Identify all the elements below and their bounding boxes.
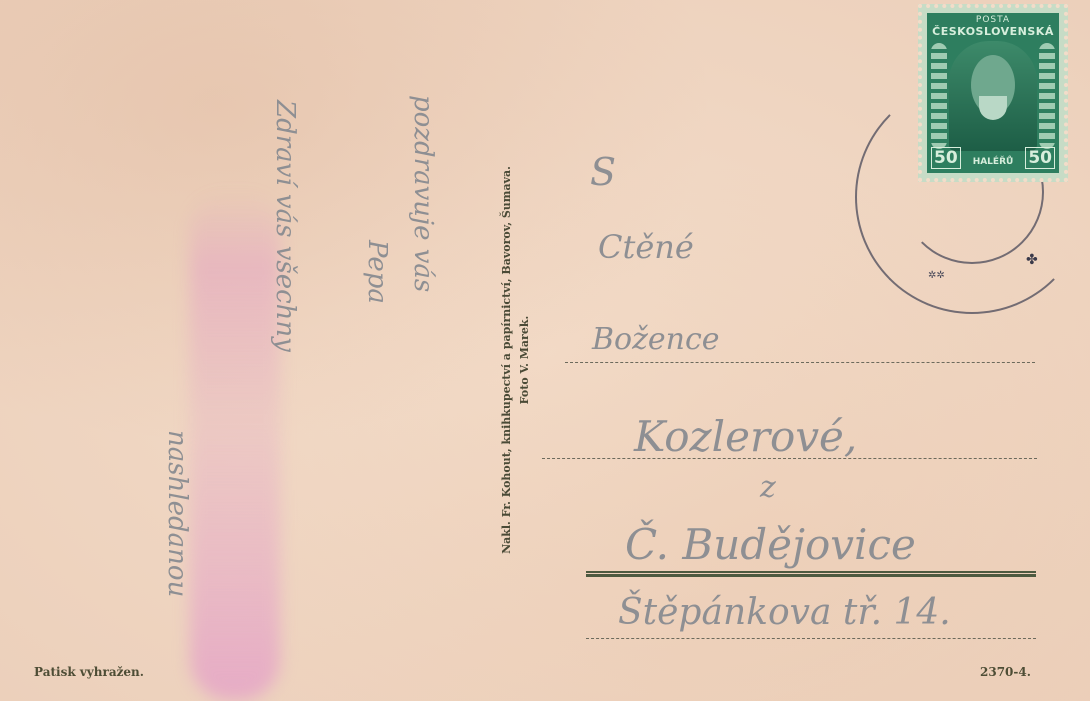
address-city: Č. Budějovice xyxy=(625,520,916,569)
stamp-value-right: 50 xyxy=(1025,147,1055,169)
address-double-rule xyxy=(586,571,1036,577)
card-number: 2370-4. xyxy=(980,665,1031,679)
stamp-country: ČESKOSLOVENSKÁ xyxy=(927,25,1059,38)
postcard-back: pozdravuje vás Pepa Zdraví vás všechny n… xyxy=(0,0,1090,701)
laurel-left-icon xyxy=(931,43,947,149)
address-surname: Kozlerové, xyxy=(634,412,857,461)
postmark-mark: ✲✲ xyxy=(928,270,945,281)
laurel-right-icon xyxy=(1039,43,1055,149)
address-from: z xyxy=(760,470,776,505)
ink-smudge xyxy=(190,190,280,700)
address-line-1 xyxy=(565,362,1035,363)
address-street: Štěpánkova tř. 14. xyxy=(618,592,951,633)
address-name: Božence xyxy=(592,322,720,357)
message-line-1: pozdravuje vás xyxy=(408,95,438,292)
stamp-header: POSTA xyxy=(927,15,1059,25)
publisher-line: Nakl. Fr. Kohout, knihkupectví a papírni… xyxy=(498,60,516,660)
publisher-imprint: Nakl. Fr. Kohout, knihkupectví a papírni… xyxy=(498,60,534,660)
postage-stamp: POSTA ČESKOSLOVENSKÁ 50 HALÉŘŮ 50 xyxy=(918,4,1068,182)
message-line-4: nashledanou xyxy=(162,430,192,597)
postmark-star-icon: ✤ xyxy=(1026,252,1038,268)
address-salutation: S xyxy=(590,150,616,194)
message-line-2: Pepa xyxy=(362,240,392,304)
portrait-icon xyxy=(949,41,1037,151)
message-line-3: Zdraví vás všechny xyxy=(270,100,300,352)
photographer-line: Foto V. Marek. xyxy=(516,60,534,660)
address-ctene: Ctěné xyxy=(598,228,694,266)
address-line-4 xyxy=(586,638,1036,639)
reprint-notice: Patisk vyhražen. xyxy=(34,665,144,679)
